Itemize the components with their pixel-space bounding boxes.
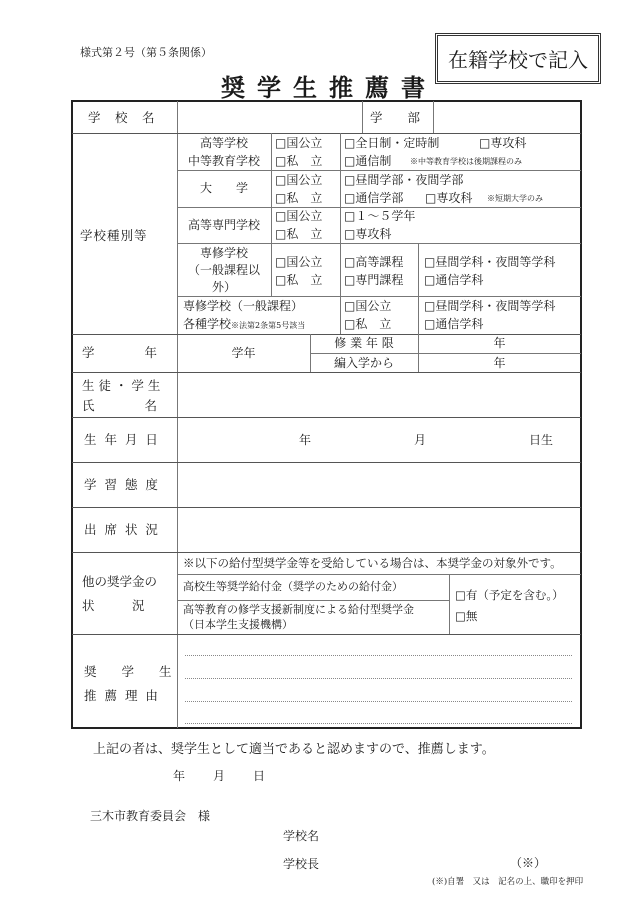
- general-course-private-checkbox[interactable]: □私 立: [344, 318, 391, 330]
- scholarship-exclusion-notice: ※以下の給付型奨学金等を受給している場合は、本奨学金の対象外です。: [183, 558, 562, 570]
- tech-college-private-checkbox[interactable]: □私 立: [275, 228, 322, 240]
- transfer-label: 編入学から: [310, 357, 418, 369]
- form-number: 様式第２号（第５条関係）: [80, 44, 212, 60]
- vocational-school-qualifier-end: 外）: [177, 281, 271, 293]
- seal-note: (※)自署 又は 記名の上、職印を押印: [432, 878, 583, 887]
- vocational-school-qualifier: （一般課程以: [177, 264, 271, 276]
- jasso-label: （日本学生支援機構）: [183, 619, 293, 630]
- university-private-checkbox[interactable]: □私 立: [275, 192, 322, 204]
- university-advanced-course-checkbox[interactable]: □専攻科: [425, 192, 472, 204]
- university-public-checkbox[interactable]: □国公立: [275, 174, 322, 186]
- misc-school-label: 各種学校: [183, 317, 231, 331]
- correspondence-checkbox[interactable]: □通信制: [344, 155, 391, 167]
- term-years-field[interactable]: 年: [418, 337, 581, 349]
- day-night-faculty-checkbox[interactable]: □昼間学部・夜間学部: [344, 174, 463, 186]
- other-scholarship-label-1: 他の奨学金の: [82, 576, 157, 589]
- tech-college-public-checkbox[interactable]: □国公立: [275, 210, 322, 222]
- reason-line-3: [185, 701, 572, 702]
- school-type-label: 学校種別等: [80, 230, 148, 243]
- high-school-name: 高等学校: [177, 137, 271, 149]
- vocational-school-name: 専修学校: [177, 247, 271, 259]
- reason-label-2: 推 薦 理 由: [84, 690, 160, 703]
- university-name: 大 学: [177, 182, 271, 194]
- recommendation-reason-field[interactable]: [179, 636, 579, 726]
- study-attitude-field[interactable]: [179, 464, 579, 506]
- title-text: 奨学生推薦書: [221, 73, 437, 102]
- correspondence-faculty-checkbox[interactable]: □通信学部: [344, 192, 403, 204]
- specialized-course-checkbox[interactable]: □専門課程: [344, 274, 403, 286]
- seal-mark: （※）: [510, 857, 546, 869]
- reason-line-1: [185, 655, 572, 656]
- transfer-years-field[interactable]: 年: [418, 357, 581, 369]
- general-course-name: 専修学校（一般課程）: [183, 300, 303, 312]
- term-years-label: 修 業 年 限: [310, 337, 418, 349]
- high-school-advanced-course-checkbox[interactable]: □専攻科: [479, 137, 526, 149]
- reason-label-1: 奨 学 生: [84, 666, 172, 679]
- student-name-field[interactable]: [179, 374, 579, 416]
- high-school-public-checkbox[interactable]: □国公立: [275, 137, 322, 149]
- high-school-grant-item: 高校生等奨学給付金（奨学のための給付金）: [183, 581, 403, 592]
- date-month-unit: 月: [213, 770, 225, 782]
- scholarship-no-checkbox[interactable]: □無: [455, 611, 477, 623]
- misc-school-note: ※法第2条第5号該当: [231, 321, 305, 330]
- vocational-correspondence-checkbox[interactable]: □通信学科: [424, 274, 483, 286]
- date-day-unit: 日: [253, 770, 265, 782]
- signing-school-name-field[interactable]: [330, 826, 550, 844]
- birthdate-label: 生 年 月 日: [84, 434, 160, 447]
- secondary-school-note: ※中等教育学校は後期課程のみ: [410, 158, 522, 166]
- general-course-day-night-checkbox[interactable]: □昼間学科・夜間等学科: [424, 300, 555, 312]
- student-name-label-1: 生 徒 ・ 学 生: [82, 380, 160, 393]
- school-name-label: 学 校 名: [88, 112, 156, 125]
- junior-college-note: ※短期大学のみ: [487, 195, 543, 203]
- upper-course-checkbox[interactable]: □高等課程: [344, 256, 403, 268]
- vocational-private-checkbox[interactable]: □私 立: [275, 274, 322, 286]
- grade-label: 学 年: [82, 347, 157, 360]
- reason-line-2: [185, 678, 572, 679]
- miscellaneous-school-name: 各種学校※法第2条第5号該当: [183, 318, 305, 330]
- page-title: 奨学生推薦書: [0, 68, 630, 103]
- grade-1-5-checkbox[interactable]: □１～５学年: [344, 210, 415, 222]
- attendance-label: 出 席 状 況: [84, 524, 160, 537]
- date-year-unit: 年: [173, 770, 185, 782]
- recommendation-statement: 上記の者は、奨学生として適当であると認めますので、推薦します。: [93, 743, 495, 756]
- fulltime-parttime-checkbox[interactable]: □全日制・定時制: [344, 137, 439, 149]
- general-course-public-checkbox[interactable]: □国公立: [344, 300, 391, 312]
- signing-school-name-label: 学校名: [283, 830, 319, 842]
- vocational-day-night-checkbox[interactable]: □昼間学科・夜間等学科: [424, 256, 555, 268]
- reason-line-4: [185, 723, 572, 724]
- student-name-label-2: 氏 名: [82, 400, 157, 413]
- department-field[interactable]: [435, 102, 579, 132]
- addressee: 三木市教育委員会 様: [90, 810, 210, 822]
- other-scholarship-label-2: 状 況: [82, 600, 145, 613]
- general-course-correspondence-checkbox[interactable]: □通信学科: [424, 318, 483, 330]
- study-attitude-label: 学 習 態 度: [84, 479, 160, 492]
- high-school-private-checkbox[interactable]: □私 立: [275, 155, 322, 167]
- scholarship-yes-checkbox[interactable]: □有（予定を含む。）: [455, 590, 564, 602]
- principal-label: 学校長: [283, 858, 319, 870]
- department-label: 学 部: [370, 112, 420, 125]
- tech-college-name: 高等専門学校: [177, 219, 271, 231]
- secondary-school-name: 中等教育学校: [177, 155, 271, 167]
- grade-unit[interactable]: 学年: [177, 347, 310, 359]
- vocational-public-checkbox[interactable]: □国公立: [275, 256, 322, 268]
- higher-ed-grant-item: 高等教育の修学支援新制度による給付型奨学金: [183, 604, 414, 615]
- attendance-field[interactable]: [179, 509, 579, 551]
- tech-college-advanced-course-checkbox[interactable]: □専攻科: [344, 228, 391, 240]
- school-name-field[interactable]: [179, 102, 361, 132]
- principal-name-field[interactable]: [330, 854, 510, 872]
- birthdate-field[interactable]: [179, 419, 579, 461]
